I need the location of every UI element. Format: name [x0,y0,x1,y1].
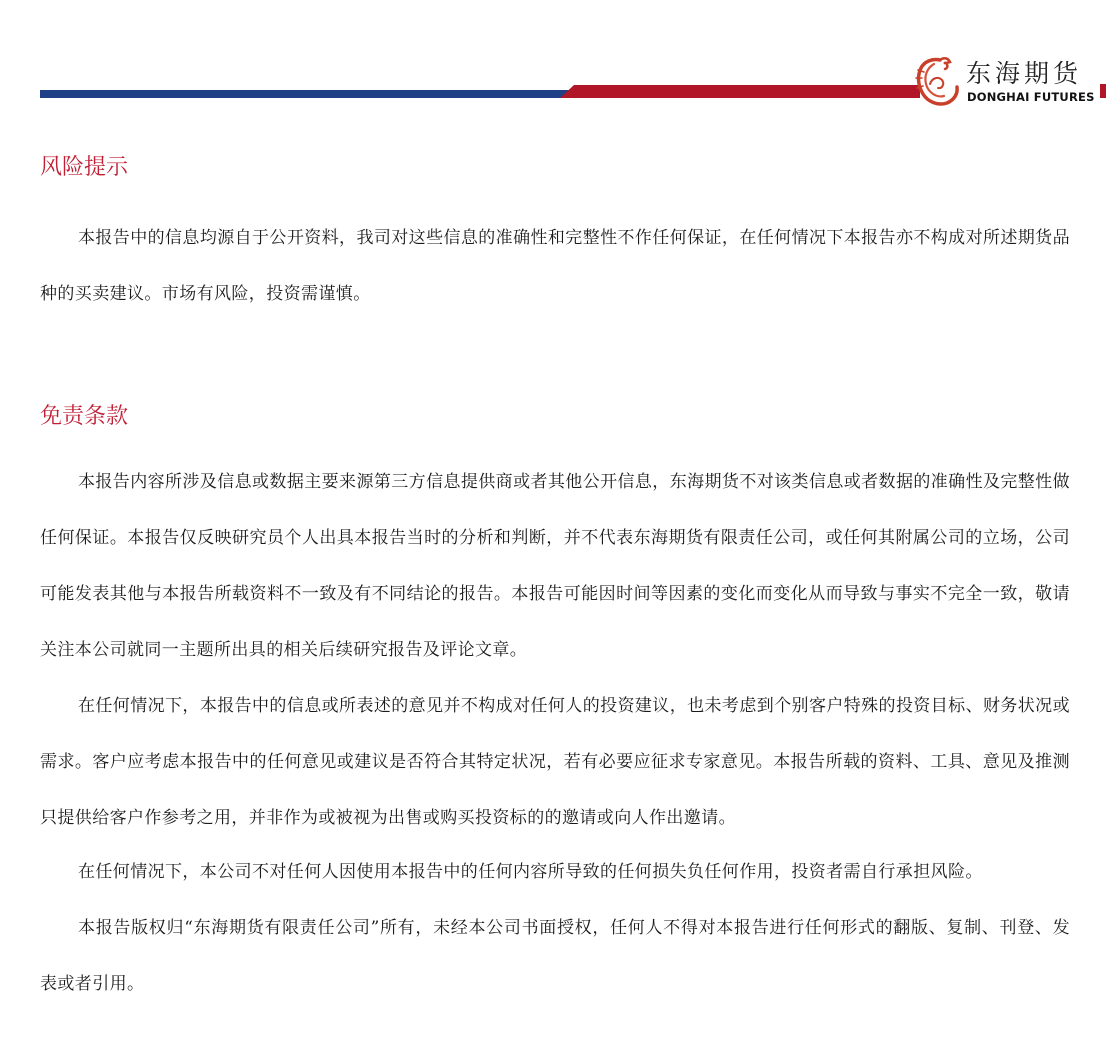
disclaimer-paragraph-4: 本报告版权归“东海期货有限责任公司”所有，未经本公司书面授权，任何人不得对本报告… [40,900,1070,1012]
logo-chinese-name: 东海期货 [966,60,1082,88]
page-header: 东海期货 DONGHAI FUTURES [0,0,1115,120]
logo-red-mark [1100,84,1106,98]
header-red-bar [560,85,920,98]
disclaimer-paragraph-3: 在任何情况下，本公司不对任何人因使用本报告中的任何内容所导致的任何损失负任何作用… [40,844,1070,900]
dragon-icon [912,54,962,110]
logo-english-name: DONGHAI FUTURES [967,90,1095,104]
section-title-risk-warning: 风险提示 [40,153,128,183]
disclaimer-paragraph-2: 在任何情况下，本报告中的信息或所表述的意见并不构成对任何人的投资建议，也未考虑到… [40,678,1070,846]
company-logo: 东海期货 DONGHAI FUTURES [912,52,1112,112]
header-blue-bar [40,90,570,98]
section-title-disclaimer: 免责条款 [40,402,128,432]
disclaimer-paragraph-1: 本报告内容所涉及信息或数据主要来源第三方信息提供商或者其他公开信息，东海期货不对… [40,454,1070,678]
risk-warning-paragraph: 本报告中的信息均源自于公开资料，我司对这些信息的准确性和完整性不作任何保证，在任… [40,210,1070,322]
